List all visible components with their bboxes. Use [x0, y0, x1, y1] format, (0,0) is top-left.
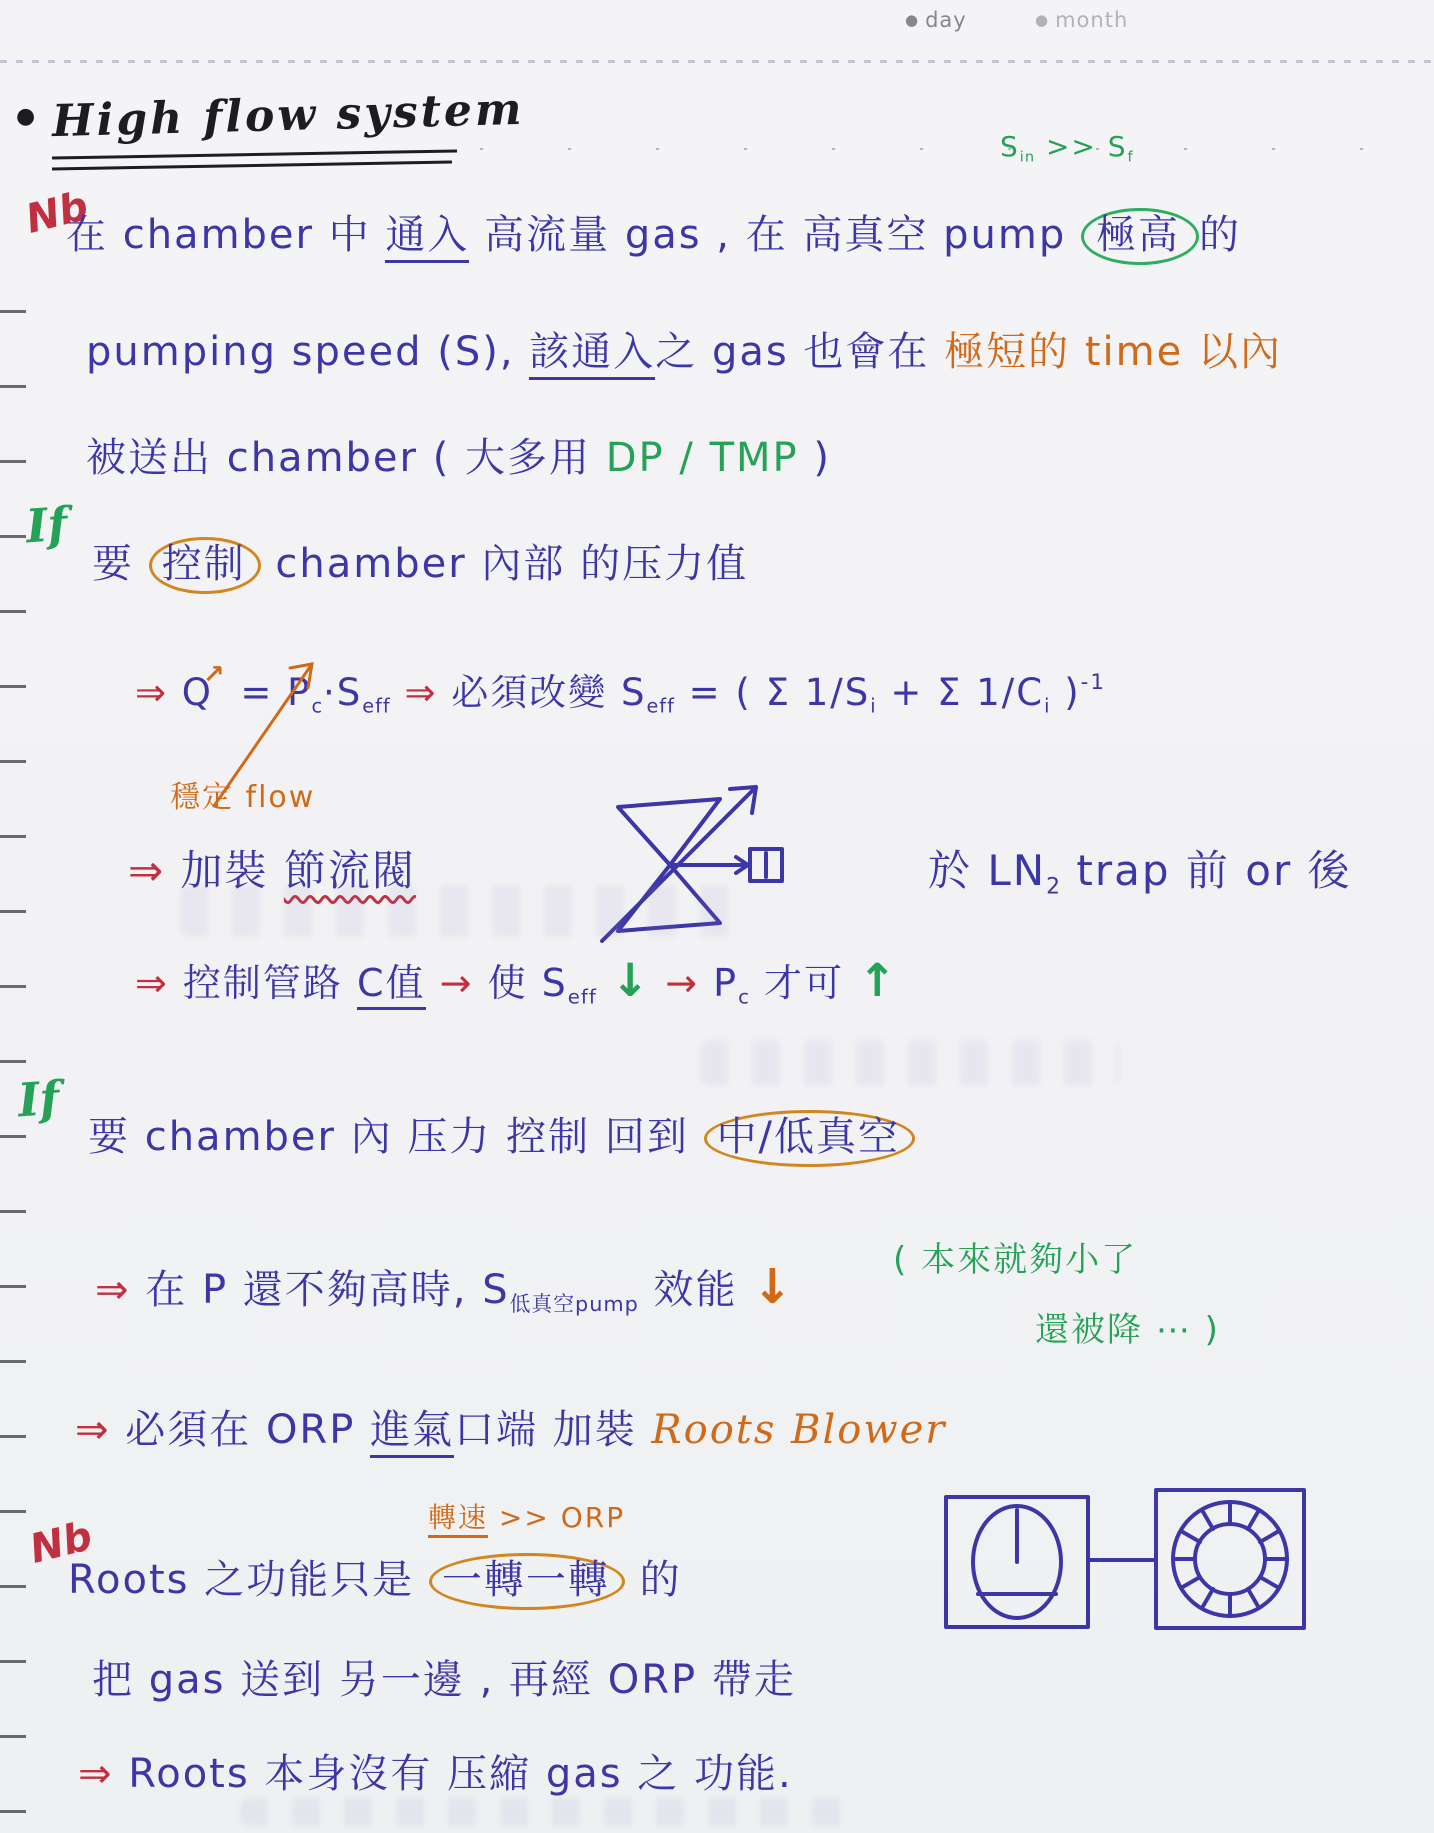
- section2-heading: 要 chamber 內 压力 控制 回到 中/低真空: [88, 1105, 915, 1162]
- text-segment: 必須改變 S: [437, 671, 646, 714]
- ruled-line-ticks: [0, 238, 26, 1833]
- roots-function-line3: ⇒ Roots 本身沒有 压縮 gas 之 功能.: [78, 1742, 793, 1799]
- text-segment: chamber 內部 的压力值: [261, 541, 748, 587]
- page-title: High flow system: [51, 84, 525, 147]
- text-segment: ⇒: [135, 961, 169, 1005]
- day-label: ●day: [905, 8, 967, 32]
- text-segment: 於 LN: [928, 846, 1046, 895]
- text-segment: →: [440, 961, 474, 1005]
- pump-sketches: [938, 1482, 1318, 1642]
- text-segment: 中/低真空: [704, 1110, 915, 1167]
- month-label: ●month: [1035, 8, 1128, 32]
- text-segment: [391, 671, 405, 714]
- text-segment: 穩定 flow: [170, 780, 315, 815]
- throttle-valve-line-right: 於 LN2 trap 前 or 後: [928, 838, 1352, 899]
- text-segment: ↓: [611, 954, 651, 1007]
- text-segment: 把 gas 送到 另一邊 , 再經 ORP 帶走: [92, 1657, 796, 1703]
- text-segment: ⇒: [75, 1407, 111, 1453]
- text-segment: eff: [568, 986, 597, 1009]
- text-segment: Roots 之功能只是: [68, 1557, 429, 1603]
- note-line-p1l1: 在 chamber 中 通入 高流量 gas , 在 高真空 pump 極高的: [66, 203, 1241, 260]
- text-segment: pumping speed (S),: [86, 329, 529, 375]
- text-segment: 的: [1199, 212, 1241, 258]
- notebook-page: ●day ●month ● High flow system Sin >> Sf…: [0, 0, 1434, 1833]
- text-segment: 進氣: [370, 1407, 454, 1458]
- text-segment: 在 P 還不夠高時, S: [131, 1267, 510, 1313]
- text-segment: eff: [362, 694, 390, 717]
- ink-bleed-ghost: [240, 1798, 860, 1826]
- text-segment: [651, 961, 665, 1005]
- text-segment: 的: [625, 1557, 682, 1603]
- text-segment: C值: [357, 961, 426, 1010]
- text-segment: →: [665, 961, 699, 1005]
- dotted-separator: [0, 60, 1434, 63]
- roots-function-line2: 把 gas 送到 另一邊 , 再經 ORP 帶走: [92, 1648, 796, 1705]
- text-segment: 控制: [149, 537, 261, 594]
- section1-heading: 要 控制 chamber 內部 的压力值: [92, 532, 748, 589]
- text-segment: 之 gas 也會在: [655, 329, 944, 375]
- text-segment: ⇒: [95, 1267, 131, 1313]
- sin-sf-note: Sin >> Sf: [1000, 130, 1134, 166]
- text-segment: 高流量 gas , 在 高真空 pump: [469, 212, 1081, 258]
- text-segment: ⇒: [135, 671, 168, 714]
- text-segment: 必須在 ORP: [111, 1407, 371, 1453]
- ink-bleed-ghost: [700, 1040, 1120, 1086]
- title-underline-1: [52, 149, 457, 159]
- title-underline-2: [52, 161, 452, 171]
- text-segment: 還被降 ⋯ ): [1035, 1310, 1220, 1350]
- text-segment: 2: [1046, 874, 1061, 899]
- text-segment: 使 S: [474, 961, 568, 1005]
- text-segment: 要 chamber 內 压力 控制 回到: [88, 1114, 704, 1160]
- text-segment: 要: [92, 541, 149, 587]
- text-segment: 極高: [1081, 208, 1199, 265]
- rotary-pump-sketch: [1156, 1490, 1304, 1628]
- text-segment: [597, 961, 611, 1005]
- text-segment: ⇒: [404, 671, 437, 714]
- text-segment: Roots 本身沒有 压縮 gas 之 功能.: [114, 1751, 793, 1797]
- text-segment: 口端 加裝: [454, 1407, 651, 1453]
- text-segment: 低真空pump: [510, 1292, 639, 1316]
- text-segment: 效能: [639, 1267, 752, 1313]
- text-segment: DP / TMP: [606, 435, 799, 481]
- text-segment: P: [699, 961, 738, 1005]
- text-segment: 在 chamber 中: [66, 212, 385, 258]
- text-segment: c: [738, 986, 750, 1009]
- text-segment: 一轉一轉: [429, 1553, 625, 1610]
- text-segment: ): [1050, 671, 1080, 714]
- text-segment: S: [1000, 130, 1020, 163]
- if-marker-2: If: [16, 1071, 61, 1128]
- text-segment: 通入: [385, 212, 469, 263]
- text-segment: trap 前 or 後: [1061, 846, 1352, 895]
- day-bullet-icon: ●: [905, 11, 919, 29]
- text-segment: >> ORP: [488, 1501, 625, 1534]
- text-segment: >> S: [1035, 130, 1128, 163]
- text-segment: ↑: [858, 954, 898, 1007]
- text-segment: = ( Σ 1/S: [675, 671, 870, 714]
- green-aside-line2: 還被降 ⋯ ): [1035, 1302, 1220, 1351]
- faint-tick-row: [480, 148, 1410, 150]
- text-segment: [426, 961, 440, 1005]
- title-bullet-icon: ●: [16, 104, 35, 129]
- text-segment: ): [799, 435, 831, 481]
- stable-flow-label: 穩定 flow: [170, 772, 315, 816]
- text-segment: eff: [646, 694, 674, 717]
- note-line-p1l3: 被送出 chamber ( 大多用 DP / TMP ): [86, 426, 831, 483]
- roots-blower-line: ⇒ 必須在 ORP 進氣口端 加裝 Roots Blower: [75, 1398, 946, 1455]
- roots-pump-sketch: [946, 1497, 1088, 1627]
- roots-function-line1: Roots 之功能只是 一轉一轉 的: [68, 1548, 682, 1605]
- text-segment: in: [1020, 149, 1035, 166]
- text-segment: 控制管路: [169, 961, 357, 1005]
- text-segment: 被送出 chamber ( 大多用: [86, 435, 606, 481]
- text-segment: ⇒: [128, 846, 165, 895]
- text-segment: f: [1128, 149, 1134, 166]
- text-segment: ↓: [752, 1259, 794, 1315]
- text-segment: + Σ 1/C: [877, 671, 1045, 714]
- if-marker-1: If: [24, 497, 69, 554]
- text-segment: 才可: [750, 961, 858, 1005]
- text-segment: -1: [1081, 670, 1106, 695]
- text-segment: 極短的 time 以內: [944, 329, 1282, 375]
- c-value-line: ⇒ 控制管路 C值 → 使 Seff ↓ → Pc 才可 ↑: [135, 952, 898, 1009]
- text-segment: Roots Blower: [652, 1407, 947, 1453]
- month-bullet-icon: ●: [1035, 11, 1049, 29]
- text-segment: ⇒: [78, 1751, 114, 1797]
- text-segment: 轉速: [428, 1501, 488, 1538]
- green-aside-line1: ( 本來就夠小了: [893, 1232, 1137, 1281]
- text-segment: ( 本來就夠小了: [893, 1240, 1137, 1280]
- ink-bleed-ghost: [180, 885, 740, 937]
- speed-orp-annotation: 轉速 >> ORP: [428, 1496, 625, 1536]
- pump-efficiency-line: ⇒ 在 P 還不夠高時, S低真空pump 效能 ↓: [95, 1258, 795, 1317]
- text-segment: 該通入: [529, 329, 655, 380]
- note-line-p1l2: pumping speed (S), 該通入之 gas 也會在 極短的 time…: [86, 320, 1282, 377]
